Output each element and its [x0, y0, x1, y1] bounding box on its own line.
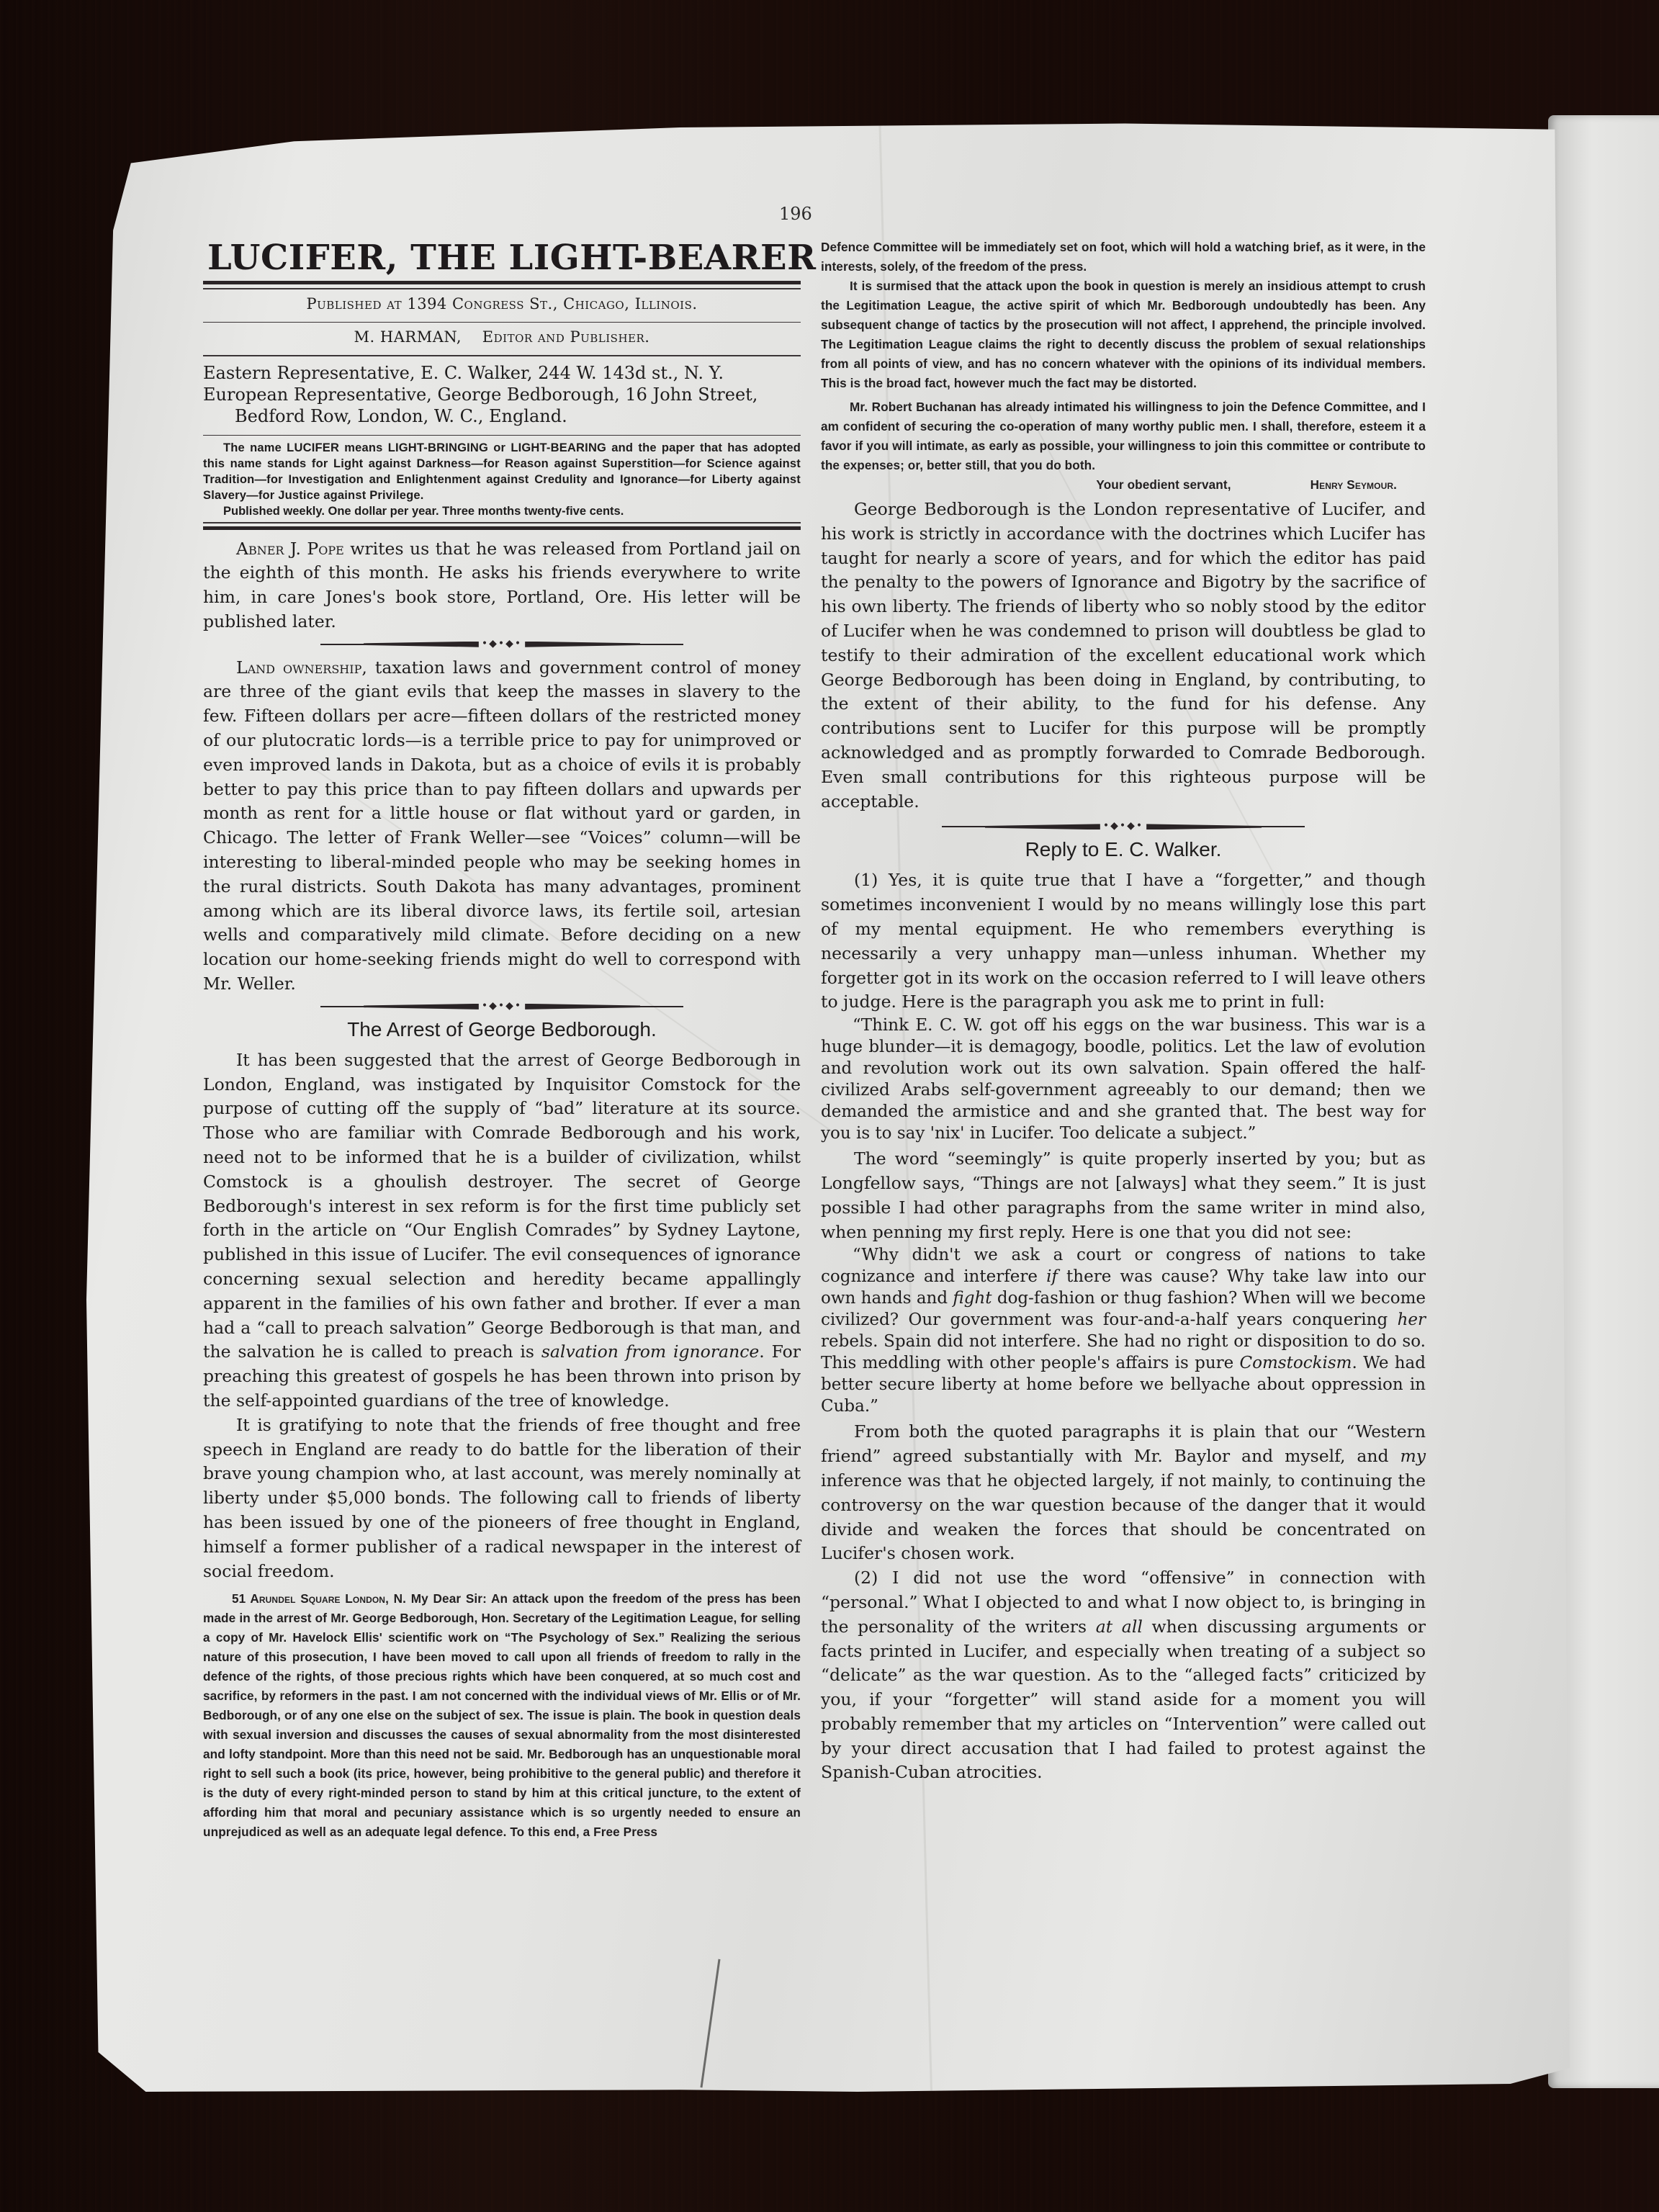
london-representative-article: George Bedborough is the London represen… — [821, 498, 1426, 832]
masthead-bottom-rule — [203, 526, 801, 530]
eastern-representative: Eastern Representative, E. C. Walker, 24… — [203, 362, 801, 384]
reply-paragraph-2: The word “seemingly” is quite properly i… — [821, 1147, 1426, 1244]
london-rep-paragraph: George Bedborough is the London represen… — [821, 498, 1426, 814]
arrest-paragraph-1: It has been suggested that the arrest of… — [203, 1048, 801, 1413]
lead-words: Abner J. Pope — [236, 539, 344, 559]
arrest-paragraph-2: It is gratifying to note that the friend… — [203, 1413, 801, 1584]
reply-paragraph-4: (2) I did not use the word “offensive” i… — [821, 1566, 1426, 1785]
letter-paragraph-1: 51 Arundel Square London, N. My Dear Sir… — [203, 1589, 801, 1842]
reply-article-cont: The word “seemingly” is quite properly i… — [821, 1147, 1426, 1244]
divider — [203, 522, 801, 523]
subscription-info: Published weekly. One dollar per year. T… — [203, 505, 801, 518]
arrest-heading: The Arrest of George Bedborough. — [203, 1018, 801, 1041]
masthead-title: LUCIFER, THE LIGHT-BEARER — [207, 238, 801, 278]
published-at-line: Published at 1394 Congress St., Chicago,… — [203, 289, 801, 318]
reply-paragraph-3: From both the quoted paragraphs it is pl… — [821, 1420, 1426, 1566]
editor-name: M. HARMAN, — [354, 328, 462, 346]
masthead-rule — [203, 281, 801, 284]
letter-continuation: Defence Committee will be immediately se… — [821, 238, 1426, 276]
reply-heading: Reply to E. C. Walker. — [821, 838, 1426, 861]
editorial-notes: Abner J. Pope writes us that he was rele… — [203, 537, 801, 1012]
seymour-letter-continued: Defence Committee will be immediately se… — [821, 238, 1426, 495]
land-paragraph: Land ownership, taxation laws and govern… — [203, 656, 801, 997]
right-column: Defence Committee will be immediately se… — [821, 238, 1426, 1785]
seymour-letter: 51 Arundel Square London, N. My Dear Sir… — [203, 1589, 801, 1842]
ornamental-divider: •◆•◆• — [821, 821, 1426, 832]
pope-paragraph: Abner J. Pope writes us that he was rele… — [203, 537, 801, 634]
motto: The name LUCIFER means LIGHT-BRINGING or… — [203, 436, 801, 505]
reply-article-end: From both the quoted paragraphs it is pl… — [821, 1420, 1426, 1785]
letter-paragraph-3: Mr. Robert Buchanan has already intimate… — [821, 397, 1426, 475]
letter-closing: Your obedient servant, — [1096, 475, 1231, 495]
letter-signature: Your obedient servant, Henry Seymour. — [821, 475, 1426, 495]
european-representative: European Representative, George Bedborou… — [203, 384, 801, 405]
reply-paragraph-1: (1) Yes, it is quite true that I have a … — [821, 868, 1426, 1015]
editor-line: M. HARMAN, Editor and Publisher. — [203, 323, 801, 351]
arrest-article: It has been suggested that the arrest of… — [203, 1048, 801, 1584]
lead-words: Land ownership — [236, 657, 361, 678]
letter-address: 51 Arundel Square London, N. — [232, 1591, 406, 1606]
editor-role: Editor and Publisher. — [482, 328, 650, 346]
ornamental-divider: •◆•◆• — [203, 639, 801, 650]
page-number: 196 — [779, 204, 812, 224]
letter-paragraph-2: It is surmised that the attack upon the … — [821, 276, 1426, 393]
left-column: LUCIFER, THE LIGHT-BEARER Published at 1… — [203, 230, 801, 1842]
quoted-paragraph-2: “Why didn't we ask a court or congress o… — [821, 1244, 1426, 1417]
motto-text: The name LUCIFER means LIGHT-BRINGING or… — [203, 440, 801, 503]
ornamental-divider: •◆•◆• — [203, 1001, 801, 1012]
letter-signer: Henry Seymour. — [1310, 475, 1397, 495]
reply-article: (1) Yes, it is quite true that I have a … — [821, 868, 1426, 1015]
european-representative-address: Bedford Row, London, W. C., England. — [203, 405, 801, 427]
representatives-block: Eastern Representative, E. C. Walker, 24… — [203, 356, 801, 431]
quoted-paragraph-1: “Think E. C. W. got off his eggs on the … — [821, 1015, 1426, 1144]
